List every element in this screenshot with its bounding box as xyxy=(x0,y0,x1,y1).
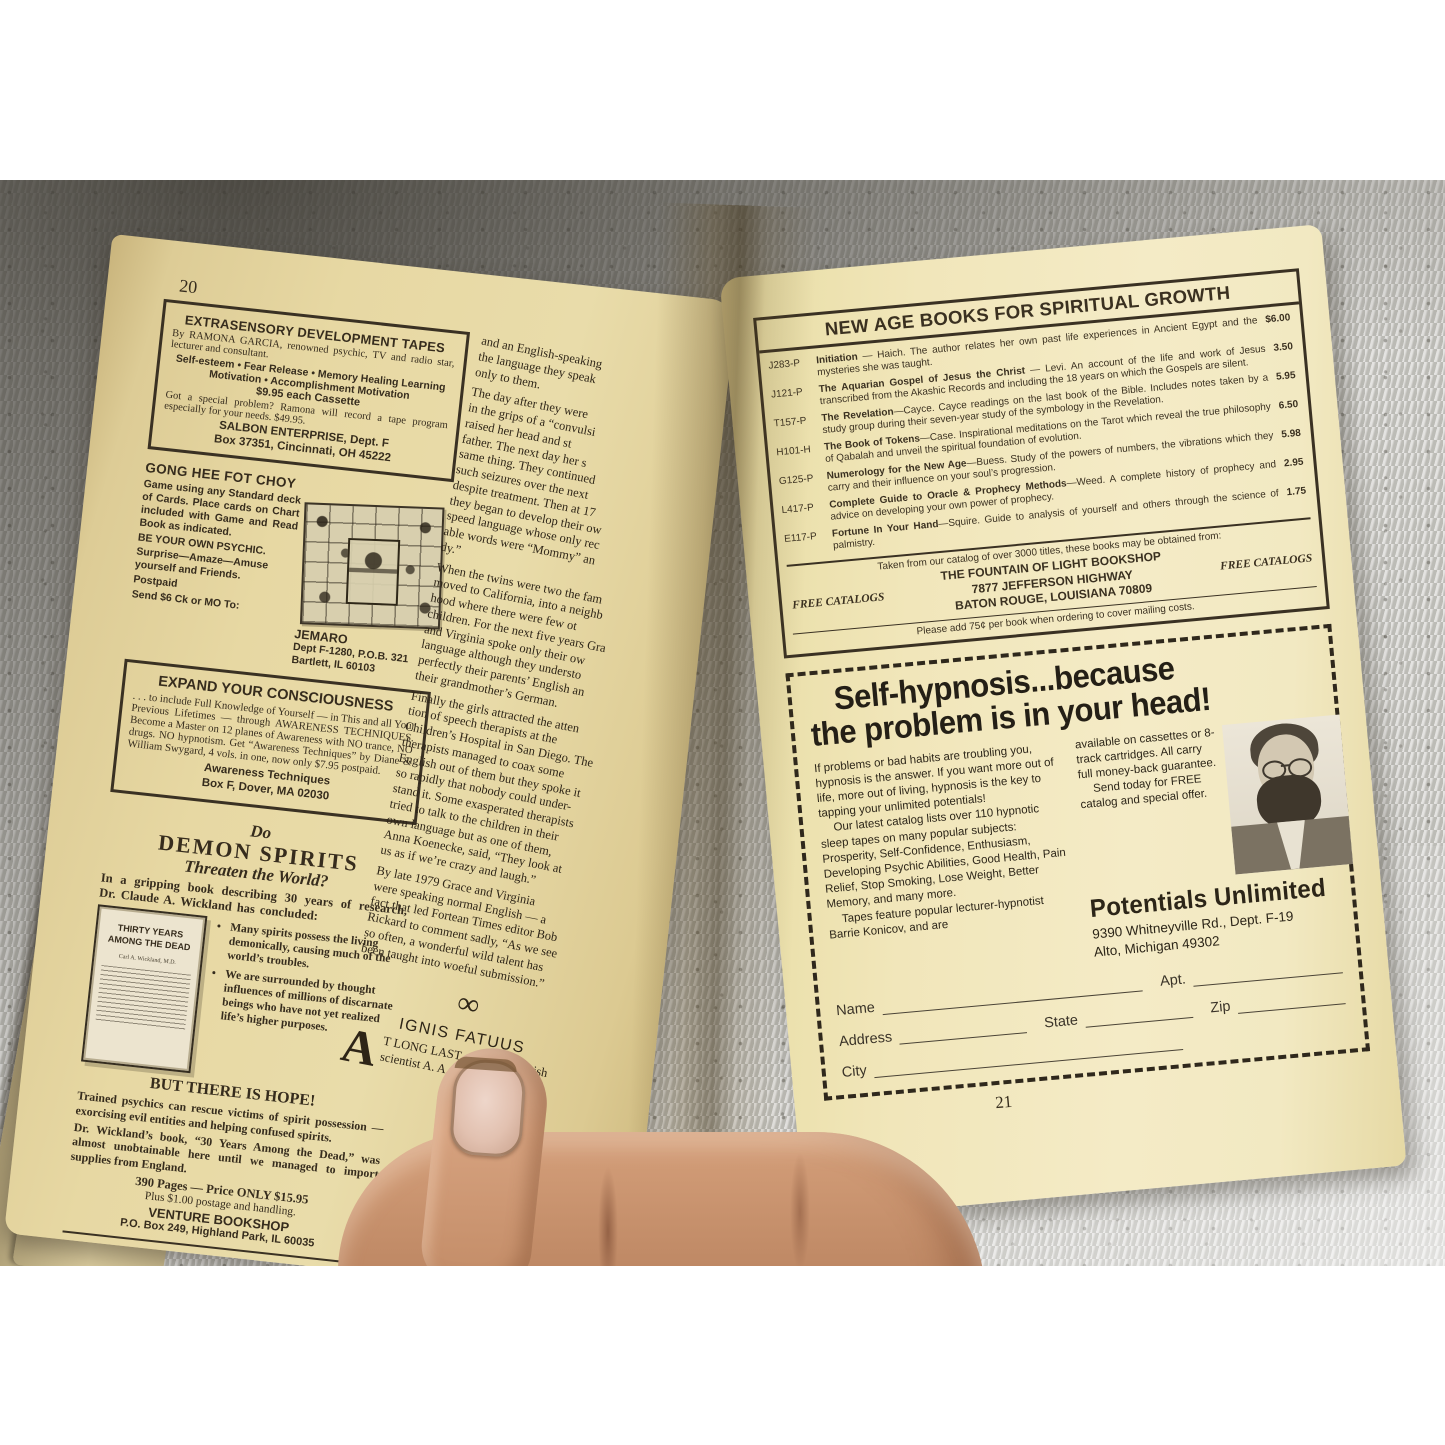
new-age-books-ad: NEW AGE BOOKS FOR SPIRITUAL GROWTH J283-… xyxy=(753,268,1330,658)
book-cover-text-lines xyxy=(95,965,191,1032)
book-price: 5.98 xyxy=(1281,428,1301,442)
book-price: 5.95 xyxy=(1276,370,1296,384)
state-label: State xyxy=(1044,1013,1079,1032)
left-page: 20 EXTRASENSORY DEVELOPMENT TAPES By RAM… xyxy=(4,234,737,1266)
book-cover-image: THIRTY YEARS AMONG THE DEAD Carl A. Wick… xyxy=(81,904,207,1073)
gong-hee-fot-choy-ad: GONG HEE FOT CHOY Game using any Standar… xyxy=(126,460,453,682)
apt-label: Apt. xyxy=(1159,972,1186,990)
address-line xyxy=(899,1019,1028,1045)
book-cover-title: THIRTY YEARS AMONG THE DEAD xyxy=(104,921,196,954)
book-code: T157-P xyxy=(773,413,823,441)
right-page: NEW AGE BOOKS FOR SPIRITUAL GROWTH J283-… xyxy=(719,224,1406,1220)
book-code: E117-P xyxy=(784,529,834,557)
book-code: G125-P xyxy=(778,471,828,499)
address-label: Address xyxy=(838,1030,892,1051)
free-catalogs-left: FREE CATALOGS xyxy=(792,590,899,612)
city-label: City xyxy=(841,1063,867,1081)
book-price: 2.95 xyxy=(1284,457,1304,471)
zip-label: Zip xyxy=(1210,999,1232,1017)
apt-line xyxy=(1192,959,1343,987)
zip-line xyxy=(1237,990,1346,1014)
self-hypnosis-ad: Self-hypnosis...because the problem is i… xyxy=(785,624,1370,1101)
name-label: Name xyxy=(836,1000,876,1019)
book-code: J283-P xyxy=(768,355,818,383)
drop-cap: A xyxy=(338,1026,379,1070)
book-price: 1.75 xyxy=(1286,486,1306,500)
game-chart-image xyxy=(300,502,445,629)
magazine-photo: 20 EXTRASENSORY DEVELOPMENT TAPES By RAM… xyxy=(0,180,1445,1266)
book-code: J121-P xyxy=(771,384,821,412)
book-code: L417-P xyxy=(781,500,831,528)
expand-consciousness-ad: EXPAND YOUR CONSCIOUSNESS . . . to inclu… xyxy=(110,659,431,825)
book-cover-author: Carl A. Wickland, M.D. xyxy=(102,952,192,968)
state-line xyxy=(1084,1004,1193,1028)
hypnotist-portrait-photo xyxy=(1222,714,1353,874)
book-price: 3.50 xyxy=(1273,341,1293,355)
book-price: $6.00 xyxy=(1265,312,1291,326)
book-code: H101-H xyxy=(776,442,826,470)
game-chart-center xyxy=(346,538,400,606)
free-catalogs-right: FREE CATALOGS xyxy=(1206,553,1313,575)
book-price: 6.50 xyxy=(1278,399,1298,413)
esp-tapes-ad: EXTRASENSORY DEVELOPMENT TAPES By RAMONA… xyxy=(148,299,471,482)
